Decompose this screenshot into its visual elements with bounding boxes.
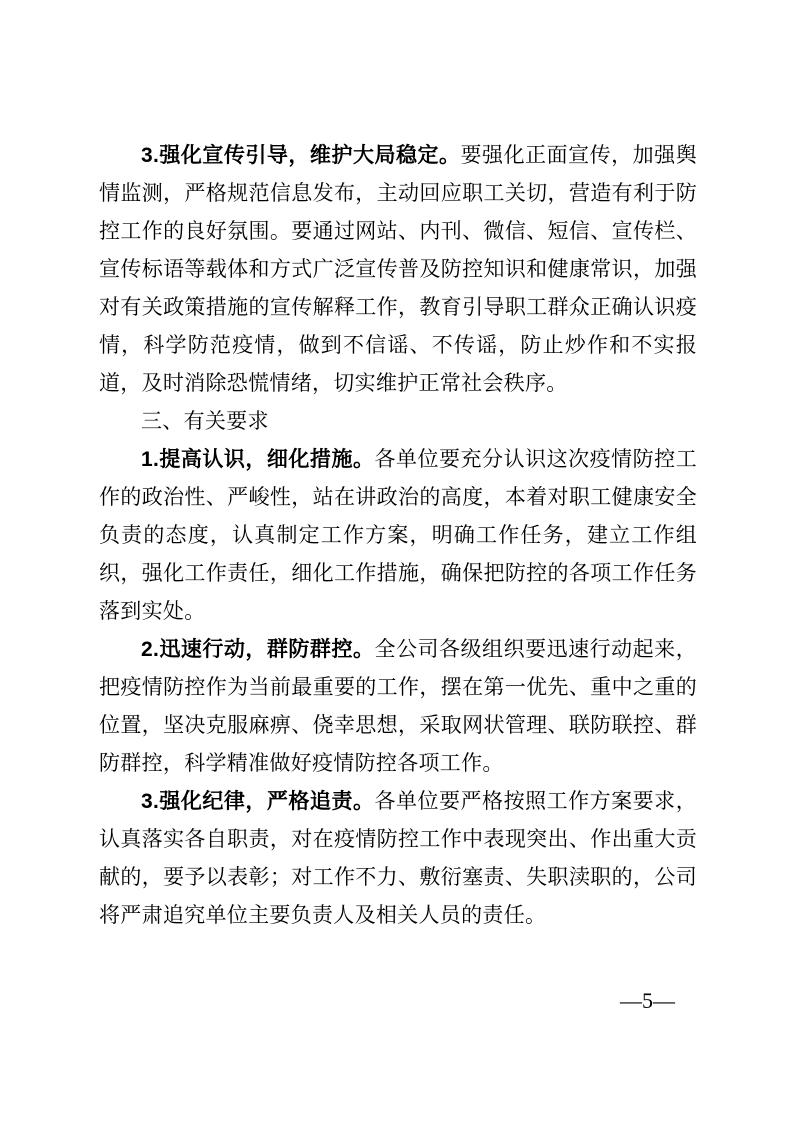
paragraph-text: 要强化正面宣传，加强舆情监测，严格规范信息发布，主动回应职工关切，营造有利于防控… xyxy=(99,144,697,395)
document-page: 3.强化宣传引导，维护大局稳定。要强化正面宣传，加强舆情监测，严格规范信息发布，… xyxy=(0,0,793,1122)
paragraph-lead: 1.提高认识，细化措施。 xyxy=(141,448,374,471)
paragraph-raise-awareness: 1.提高认识，细化措施。各单位要充分认识这次疫情防控工作的政治性、严峻性，站在讲… xyxy=(99,441,697,631)
document-body: 3.强化宣传引导，维护大局稳定。要强化正面宣传，加强舆情监测，严格规范信息发布，… xyxy=(99,137,697,935)
paragraph-lead: 2.迅速行动，群防群控。 xyxy=(141,638,374,661)
paragraph-text: 各单位要充分认识这次疫情防控工作的政治性、严峻性，站在讲政治的高度，本着对职工健… xyxy=(99,448,697,623)
paragraph-lead: 3.强化纪律，严格追责。 xyxy=(141,790,374,813)
section-heading-requirements: 三、有关要求 xyxy=(99,403,697,441)
paragraph-rapid-action: 2.迅速行动，群防群控。全公司各级组织要迅速行动起来，把疫情防控作为当前最重要的… xyxy=(99,631,697,783)
paragraph-discipline-accountability: 3.强化纪律，严格追责。各单位要严格按照工作方案要求，认真落实各自职责，对在疫情… xyxy=(99,783,697,935)
paragraph-lead: 3.强化宣传引导，维护大局稳定。 xyxy=(141,144,461,167)
paragraph-propaganda-guidance: 3.强化宣传引导，维护大局稳定。要强化正面宣传，加强舆情监测，严格规范信息发布，… xyxy=(99,137,697,403)
page-number: —5— xyxy=(620,988,675,1014)
